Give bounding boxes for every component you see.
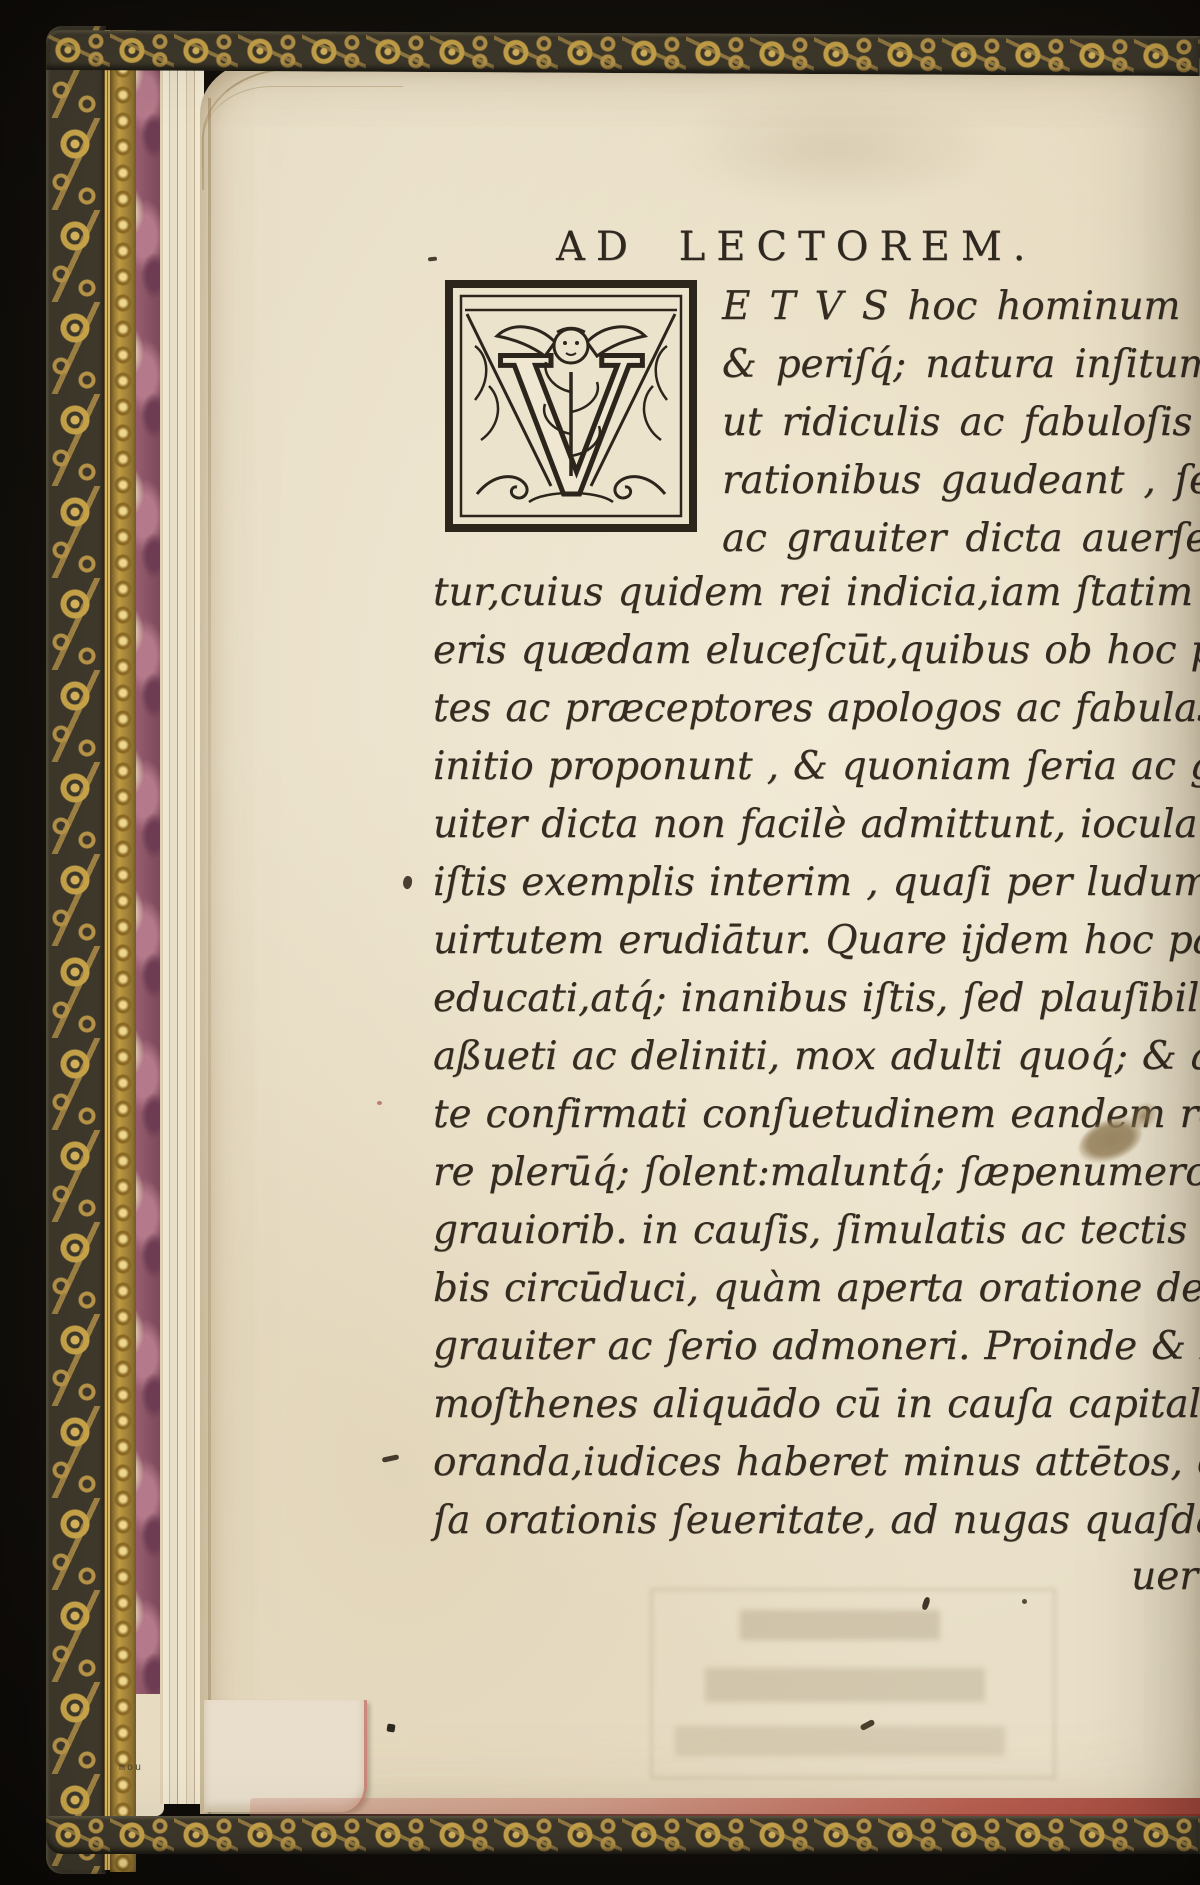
text-line: ut ridiculis ac fabuloſis nar [722,394,1200,452]
text-line: tes ac præceptores apologos ac fabulas a… [433,680,1200,738]
show-through-text-bar [675,1726,1005,1756]
book-photograph: AD LECTOREM. V [0,0,1200,1885]
text-line: grauiorib. in cauſis, ſimulatis ac tecti… [433,1202,1200,1260]
text-line: E T V S hoc hominum eſt, [722,278,1200,336]
show-through-text-bar [740,1610,940,1640]
printed-page: AD LECTOREM. V [200,58,1200,1814]
text-line: uirtutem erudiātur. Quare ijdem hoc pact… [433,912,1200,970]
gilt-leather-turn-in-bottom [46,1816,1200,1854]
text-line: moſthenes aliquādo cū in cauſa capitali … [433,1376,1200,1434]
binder-stamp: mou [119,1762,143,1773]
curled-leaf-edge-arc-inner [202,86,403,167]
woodcut-initial-v-drawing: V [445,280,697,532]
text-line: educati,atq́; inanibus iſtis, ſed plauſi… [433,970,1200,1028]
catchword: uer [1131,1554,1198,1599]
flyleaf-bottom-corner [204,1700,367,1812]
text-line: ſa orationis ſeueritate, ad nugas quaſda… [433,1492,1200,1550]
intro-text-block: E T V S hoc hominum eſt, & periſq́; natu… [722,278,1200,568]
paper-speck [386,1723,395,1732]
paper-speck [382,1454,400,1462]
text-line: bis circūduci, quàm aperta oratione de r… [433,1260,1200,1318]
text-line: uiter dicta non facilè admittunt, iocula… [433,796,1200,854]
gilt-leather-turn-in-top [46,30,1200,76]
text-line: eris quædam eluceſcūt,quibus ob hoc pare… [433,622,1200,680]
woodcut-initial-v: V [445,280,697,532]
text-line: iſtis exemplis interim , quaſi per ludum… [433,854,1200,912]
page-title: AD LECTOREM. [556,224,1037,270]
text-line: ac grauiter dicta auerſen- [722,510,1200,568]
paper-speck-red [377,1101,382,1105]
text-line: grauiter ac ſerio admoneri. Proinde & De… [433,1318,1200,1376]
gilt-leather-turn-in-left [46,26,106,1874]
text-line: & periſq́; natura inſitum , [722,336,1200,394]
stacked-leaf-edges [160,48,204,1804]
text-line: oranda,iudices haberet minus attētos, om… [433,1434,1200,1492]
body-text-block: tur,cuius quidem rei indicia,iam ſtatim … [433,564,1200,1550]
paper-speck [1022,1599,1027,1604]
show-through-text-bar [705,1668,985,1702]
text-line: tur,cuius quidem rei indicia,iam ſtatim … [433,564,1200,622]
page-gutter-crease [208,98,211,1814]
paper-speck [428,257,437,262]
text-line: initio proponunt , & quoniam ſeria ac gr… [433,738,1200,796]
paper-speck [401,875,413,890]
text-line: rationibus gaudeant , ſerio [722,452,1200,510]
show-through-blot-top [670,88,1000,208]
text-line: aßueti ac deliniti, mox adulti quoq́; & … [433,1028,1200,1086]
gold-scalloped-roll [110,30,136,1872]
